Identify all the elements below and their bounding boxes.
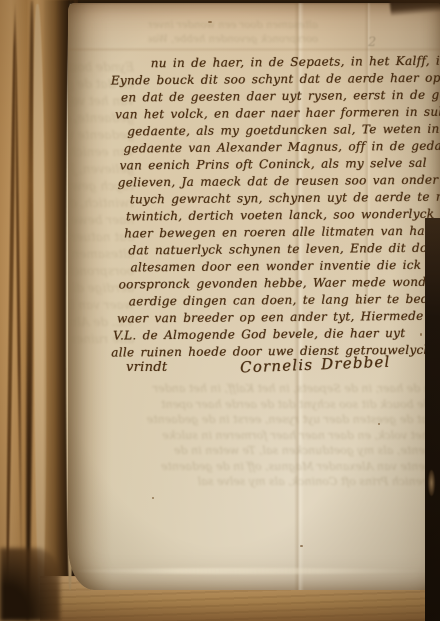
ink-spot	[378, 423, 380, 425]
bleedthrough-text-top: altesamen door een wonder inventie die i…	[148, 19, 318, 53]
ink-spot	[300, 545, 303, 547]
bleed-line: Eynde bouck dit soo schynt dat de aerde …	[84, 397, 440, 413]
ink-spot	[152, 497, 154, 499]
manuscript-text: nu in de haer, in de Sepaets, in het Kal…	[111, 52, 440, 375]
bleed-line: van eenich Prins oft Coninck, als my sel…	[84, 474, 440, 490]
dark-right-edge	[425, 218, 440, 621]
bottom-fold-highlight	[70, 568, 435, 574]
bleed-line: van het volck, en daer naer haer formere…	[84, 428, 440, 444]
closing-word: vrindt	[126, 360, 167, 375]
faint-page-number: 2	[368, 35, 376, 50]
manuscript-page: altesamen door een wonder inventie die i…	[68, 3, 440, 590]
bleedthrough-text-middle: nu in de haer, in de Sepaets, in het Kal…	[84, 381, 440, 499]
ink-spot	[208, 21, 212, 23]
bleed-line: en dat de geesten daer uyt rysen, eerst …	[84, 412, 440, 428]
bleed-line: oorspronck gevonden hebbe, Waer mede won…	[148, 33, 318, 47]
ink-spot	[420, 333, 422, 336]
bleed-line: altesamen door een wonder inventie die i…	[148, 19, 318, 33]
manuscript-photo: altesamen door een wonder inventie die i…	[0, 0, 440, 621]
bleed-line: nu in de haer, in de Sepaets, in het Kal…	[84, 381, 440, 397]
bleed-line: gedaente, als my goetduncken sal, Te wet…	[84, 443, 440, 459]
bleed-line: gedaente van Alexander Magnus, off in de…	[84, 459, 440, 475]
top-edge-shadow	[70, 0, 440, 5]
ink-spot	[356, 301, 359, 304]
clasp-glint	[428, 470, 435, 496]
dark-bottom-left-corner	[0, 548, 60, 621]
